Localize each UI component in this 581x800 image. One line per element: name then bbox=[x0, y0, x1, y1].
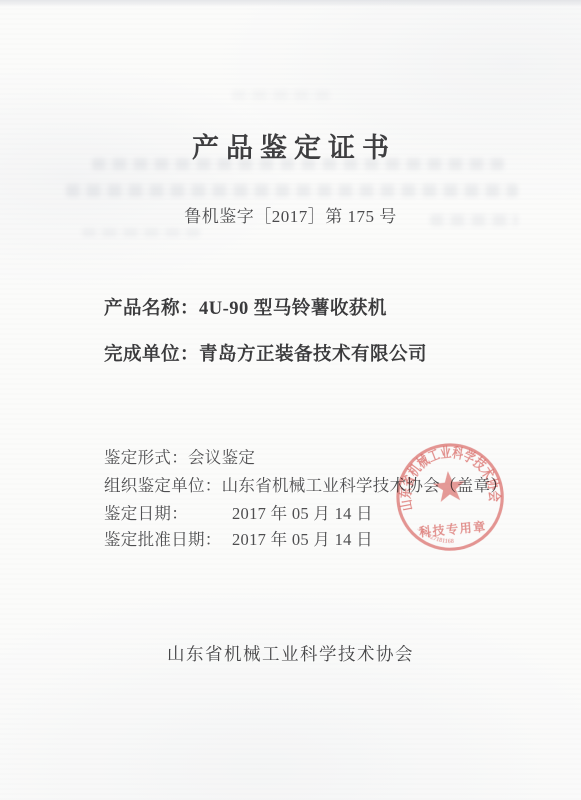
field-appraisal-form: 鉴定形式：会议鉴定 bbox=[104, 444, 255, 468]
certificate-page: 产品鉴定证书 鲁机鉴字［2017］第 175 号 产品名称：4U-90 型马铃薯… bbox=[0, 0, 581, 800]
seal-star-icon bbox=[432, 470, 466, 503]
certificate-title: 产品鉴定证书 bbox=[0, 126, 581, 165]
completion-unit-value: 青岛方正装备技术有限公司 bbox=[199, 345, 427, 365]
bleed-through-artifact bbox=[82, 228, 200, 237]
field-appraisal-date: 鉴定日期：2017 年 05 月 14 日 bbox=[104, 500, 373, 524]
appraisal-date-label: 鉴定日期： bbox=[104, 500, 232, 524]
product-name-label: 产品名称： bbox=[104, 299, 199, 319]
field-product-name: 产品名称：4U-90 型马铃薯收获机 bbox=[104, 294, 387, 320]
field-approval-date: 鉴定批准日期：2017 年 05 月 14 日 bbox=[104, 526, 373, 550]
bleed-through-artifact bbox=[232, 90, 332, 100]
field-completion-unit: 完成单位：青岛方正装备技术有限公司 bbox=[104, 340, 427, 366]
official-seal: 山东省机械工业科学技术协会 科技专用章 3701027181168 bbox=[371, 417, 529, 575]
doc-number: 鲁机鉴字［2017］第 175 号 bbox=[0, 202, 581, 227]
organizing-unit-label: 组织鉴定单位： bbox=[104, 476, 222, 495]
appraisal-form-value: 会议鉴定 bbox=[188, 448, 255, 467]
bleed-through-artifact bbox=[66, 184, 518, 197]
footer-org-name: 山东省机械工业科学技术协会 bbox=[0, 641, 581, 666]
completion-unit-label: 完成单位： bbox=[104, 345, 199, 365]
approval-date-value: 2017 年 05 月 14 日 bbox=[232, 530, 373, 549]
approval-date-label: 鉴定批准日期： bbox=[104, 526, 232, 550]
product-name-value: 4U-90 型马铃薯收获机 bbox=[199, 299, 387, 319]
appraisal-form-label: 鉴定形式： bbox=[104, 448, 188, 467]
appraisal-date-value: 2017 年 05 月 14 日 bbox=[232, 504, 373, 523]
